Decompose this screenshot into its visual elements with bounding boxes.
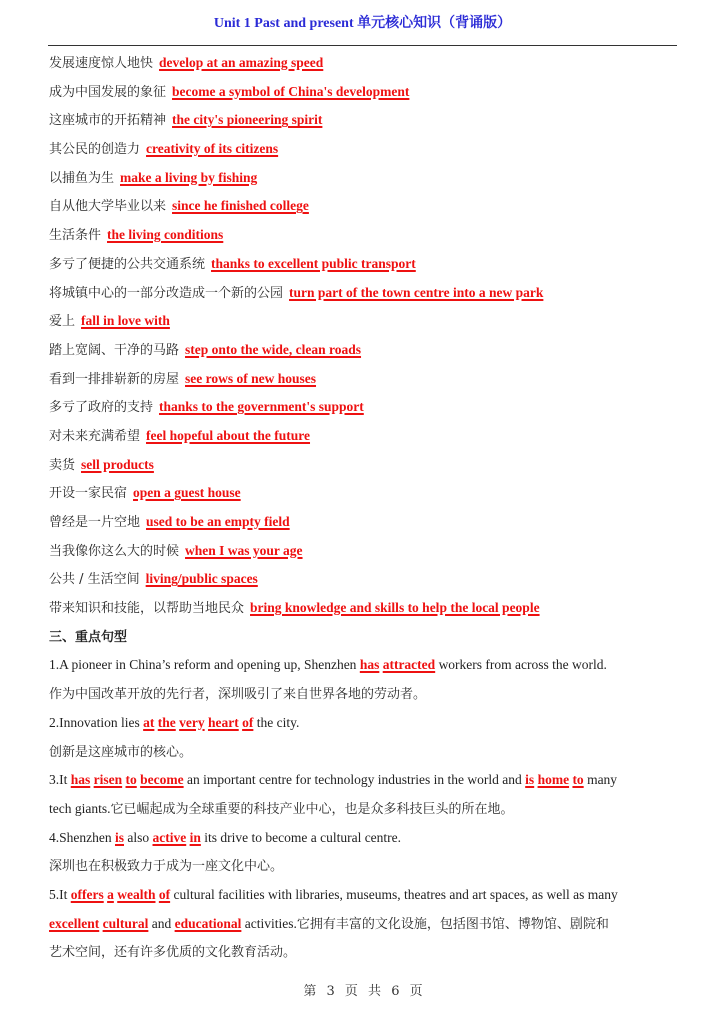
phrase-english: feel hopeful about the future	[146, 428, 310, 443]
keyword: is	[115, 830, 124, 845]
translation: 艺术空间，还有许多优质的文化教育活动。	[49, 945, 296, 960]
keyword: risen	[94, 772, 123, 787]
keyword: has	[71, 772, 91, 787]
keyword: of	[159, 887, 170, 902]
phrase-row: 曾经是一片空地used to be an empty field	[49, 511, 679, 540]
text: activities.	[241, 916, 296, 931]
phrase-chinese: 以捕鱼为生	[49, 171, 114, 186]
sentence-2-cn: 创新是这座城市的核心。	[49, 741, 679, 770]
phrase-english: since he finished college	[172, 198, 309, 213]
keyword: very	[179, 715, 204, 730]
phrase-chinese: 看到一排排崭新的房屋	[49, 372, 179, 387]
phrase-english: used to be an empty field	[146, 514, 290, 529]
phrase-english: thanks to the government's support	[159, 399, 364, 414]
phrase-chinese: 踏上宽阔、干净的马路	[49, 343, 179, 358]
phrase-row: 多亏了便捷的公共交通系统thanks to excellent public t…	[49, 253, 679, 282]
keyword: wealth	[117, 887, 155, 902]
translation: 创新是这座城市的核心。	[49, 745, 192, 760]
text: 2.Innovation lies	[49, 715, 143, 730]
phrase-chinese: 当我像你这么大的时候	[49, 544, 179, 559]
keyword: offers	[71, 887, 104, 902]
keyword: cultural	[103, 916, 149, 931]
phrase-row: 当我像你这么大的时候when I was your age	[49, 540, 679, 569]
keyword: active	[153, 830, 187, 845]
phrase-chinese: 生活条件	[49, 228, 101, 243]
phrase-chinese: 对未来充满希望	[49, 429, 140, 444]
text: and	[148, 916, 174, 931]
phrase-chinese: 这座城市的开拓精神	[49, 113, 166, 128]
phrase-row: 爱上fall in love with	[49, 310, 679, 339]
sentence-4-en: 4.Shenzhen is also active in its drive t…	[49, 827, 679, 856]
sentence-1-en: 1.A pioneer in China’s reform and openin…	[49, 654, 679, 683]
keyword: heart	[208, 715, 239, 730]
keyword: educational	[175, 916, 242, 931]
phrase-english: the city's pioneering spirit	[172, 112, 322, 127]
phrase-english: become a symbol of China's development	[172, 84, 409, 99]
keyword: to	[126, 772, 137, 787]
phrase-english: open a guest house	[133, 485, 241, 500]
phrase-chinese: 多亏了便捷的公共交通系统	[49, 257, 205, 272]
section-heading: 三、重点句型	[49, 626, 679, 655]
sentence-3-en: 3.It has risen to become an important ce…	[49, 769, 679, 798]
translation: 作为中国改革开放的先行者，深圳吸引了来自世界各地的劳动者。	[49, 687, 426, 702]
text: 3.It	[49, 772, 71, 787]
text: its drive to become a cultural centre.	[201, 830, 401, 845]
phrase-chinese: 卖货	[49, 458, 75, 473]
phrase-english: see rows of new houses	[185, 371, 316, 386]
phrase-row: 将城镇中心的一部分改造成一个新的公园turn part of the town …	[49, 282, 679, 311]
keyword: to	[572, 772, 583, 787]
phrase-english: sell products	[81, 457, 154, 472]
keyword: attracted	[383, 657, 435, 672]
phrase-row: 公共 / 生活空间living/public spaces	[49, 568, 679, 597]
keyword: a	[107, 887, 114, 902]
phrase-chinese: 其公民的创造力	[49, 142, 140, 157]
keyword: at	[143, 715, 154, 730]
phrase-row: 多亏了政府的支持thanks to the government's suppo…	[49, 396, 679, 425]
phrase-row: 卖货sell products	[49, 454, 679, 483]
translation: 它拥有丰富的文化设施，包括图书馆、博物馆、剧院和	[297, 917, 609, 932]
phrase-chinese: 发展速度惊人地快	[49, 56, 153, 71]
keyword: home	[538, 772, 570, 787]
phrase-english: step onto the wide, clean roads	[185, 342, 361, 357]
sentence-5-en: 5.It offers a wealth of cultural facilit…	[49, 884, 679, 913]
phrase-row: 这座城市的开拓精神the city's pioneering spirit	[49, 109, 679, 138]
phrase-english: when I was your age	[185, 543, 303, 558]
phrase-chinese: 多亏了政府的支持	[49, 400, 153, 415]
phrase-row: 开设一家民宿open a guest house	[49, 482, 679, 511]
text: tech giants.	[49, 801, 110, 816]
keyword: of	[242, 715, 253, 730]
translation: 它已崛起成为全球重要的科技产业中心，也是众多科技巨头的所在地。	[110, 802, 513, 817]
text: workers from across the world.	[435, 657, 607, 672]
phrase-chinese: 自从他大学毕业以来	[49, 199, 166, 214]
document-body: 发展速度惊人地快develop at an amazing speed成为中国发…	[49, 52, 679, 970]
phrase-english: turn part of the town centre into a new …	[289, 285, 543, 300]
text: cultural facilities with libraries, muse…	[170, 887, 618, 902]
phrase-row: 发展速度惊人地快develop at an amazing speed	[49, 52, 679, 81]
sentence-4-cn: 深圳也在积极致力于成为一座文化中心。	[49, 855, 679, 884]
text: the city.	[253, 715, 299, 730]
phrase-english: the living conditions	[107, 227, 223, 242]
sentence-1-cn: 作为中国改革开放的先行者，深圳吸引了来自世界各地的劳动者。	[49, 683, 679, 712]
phrase-english: living/public spaces	[146, 571, 258, 586]
phrase-english: develop at an amazing speed	[159, 55, 323, 70]
page-header-title: Unit 1 Past and present 单元核心知识（背诵版）	[48, 14, 677, 34]
keyword: in	[190, 830, 201, 845]
phrase-row: 对未来充满希望feel hopeful about the future	[49, 425, 679, 454]
text: many	[584, 772, 617, 787]
phrase-list: 发展速度惊人地快develop at an amazing speed成为中国发…	[49, 52, 679, 626]
text: 5.It	[49, 887, 71, 902]
phrase-row: 带来知识和技能，以帮助当地民众bring knowledge and skill…	[49, 597, 679, 626]
phrase-row: 成为中国发展的象征become a symbol of China's deve…	[49, 81, 679, 110]
phrase-english: make a living by fishing	[120, 170, 257, 185]
phrase-chinese: 成为中国发展的象征	[49, 85, 166, 100]
header-divider	[48, 45, 677, 46]
phrase-row: 生活条件the living conditions	[49, 224, 679, 253]
section-title: 三、重点句型	[49, 630, 127, 645]
keyword: is	[525, 772, 534, 787]
phrase-english: creativity of its citizens	[146, 141, 278, 156]
keyword: become	[140, 772, 183, 787]
phrase-row: 其公民的创造力creativity of its citizens	[49, 138, 679, 167]
page-number: 第 3 页 共 6 页	[0, 980, 727, 999]
text: 4.Shenzhen	[49, 830, 115, 845]
text: also	[124, 830, 153, 845]
phrase-chinese: 将城镇中心的一部分改造成一个新的公园	[49, 286, 283, 301]
phrase-chinese: 开设一家民宿	[49, 486, 127, 501]
keyword: excellent	[49, 916, 99, 931]
phrase-row: 以捕鱼为生make a living by fishing	[49, 167, 679, 196]
sentence-2-en: 2.Innovation lies at the very heart of t…	[49, 712, 679, 741]
phrase-english: bring knowledge and skills to help the l…	[250, 600, 540, 615]
phrase-chinese: 爱上	[49, 314, 75, 329]
text: 1.A pioneer in China’s reform and openin…	[49, 657, 360, 672]
text: an important centre for technology indus…	[184, 772, 526, 787]
phrase-chinese: 公共 / 生活空间	[49, 572, 140, 587]
phrase-row: 看到一排排崭新的房屋see rows of new houses	[49, 368, 679, 397]
phrase-chinese: 曾经是一片空地	[49, 515, 140, 530]
phrase-english: fall in love with	[81, 313, 170, 328]
phrase-row: 自从他大学毕业以来since he finished college	[49, 195, 679, 224]
sentence-5-cn: 艺术空间，还有许多优质的文化教育活动。	[49, 941, 679, 970]
sentence-3-cont: tech giants.它已崛起成为全球重要的科技产业中心，也是众多科技巨头的所…	[49, 798, 679, 827]
sentence-5-cont: excellent cultural and educational activ…	[49, 913, 679, 942]
translation: 深圳也在积极致力于成为一座文化中心。	[49, 859, 283, 874]
keyword: the	[158, 715, 176, 730]
phrase-row: 踏上宽阔、干净的马路step onto the wide, clean road…	[49, 339, 679, 368]
phrase-chinese: 带来知识和技能，以帮助当地民众	[49, 601, 244, 616]
keyword: has	[360, 657, 380, 672]
phrase-english: thanks to excellent public transport	[211, 256, 416, 271]
